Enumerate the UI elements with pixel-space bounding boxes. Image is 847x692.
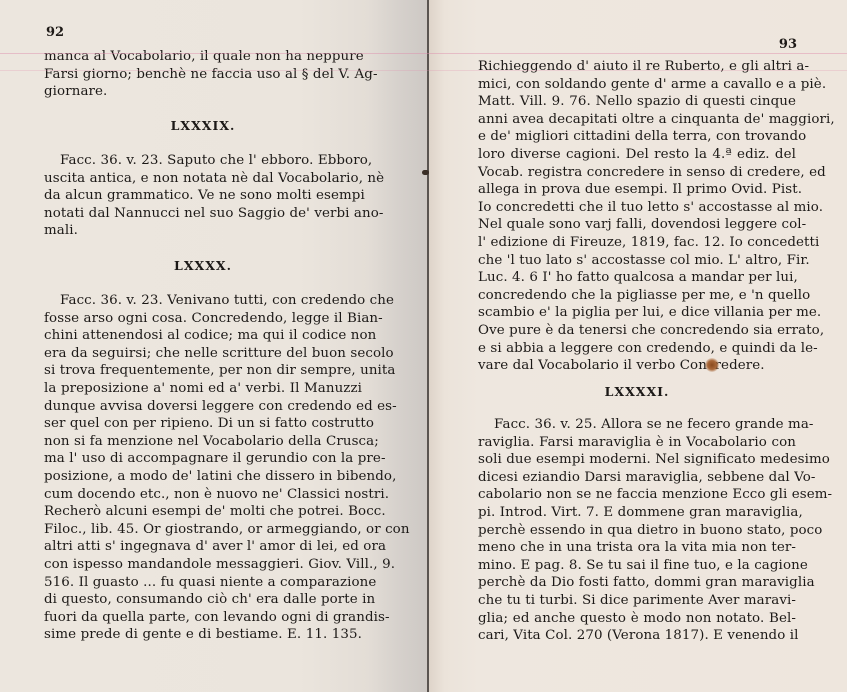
paper-stain: [705, 358, 719, 372]
book-spread: 92 manca al Vocabolario, il quale non ha…: [0, 0, 847, 692]
text-line: Matt. Vill. 9. 76. Nello spazio di quest…: [478, 93, 796, 111]
text-line: concredendo che la pigliasse per me, e '…: [478, 287, 796, 305]
text-line: Luc. 4. 6 I' ho fatto qualcosa a mandar …: [478, 269, 796, 287]
text-line: la preposizione a' nomi ed a' verbi. Il …: [44, 380, 362, 398]
text-line: Nel quale sono varj falli, dovendosi leg…: [478, 216, 796, 234]
text-line: scambio e' la piglia per lui, e dice vil…: [478, 304, 796, 322]
binding-mark: [422, 170, 429, 175]
text-line: Ove pure è da tenersi che concredendo si…: [478, 322, 796, 340]
text-line: l' edizione di Fireuze, 1819, fac. 12. I…: [478, 234, 796, 252]
opening-paragraph: Richieggendo d' aiuto il re Ruberto, e g…: [478, 58, 796, 375]
section-heading: LXXXIX.: [44, 118, 362, 133]
text-line: cari, Vita Col. 270 (Verona 1817). E ven…: [478, 627, 796, 645]
section-heading: LXXXX.: [44, 258, 362, 273]
scan-artifact-line: [0, 53, 847, 54]
text-line: Filoc., lib. 45. Or giostrando, or armeg…: [44, 521, 362, 539]
text-line: soli due esempi moderni. Nel significato…: [478, 451, 796, 469]
text-line: Facc. 36. v. 23. Saputo che l' ebboro. E…: [44, 152, 362, 170]
text-line: dicesi eziandio Darsi maraviglia, sebben…: [478, 469, 796, 487]
text-line: mino. E pag. 8. Se tu sai il fine tuo, e…: [478, 557, 796, 575]
section-paragraph: Facc. 36. v. 25. Allora se ne fecero gra…: [478, 416, 796, 645]
page-number: 93: [779, 37, 797, 52]
text-line: fosse arso ogni cosa. Concredendo, legge…: [44, 310, 362, 328]
page-number: 92: [46, 25, 64, 40]
text-line: raviglia. Farsi maraviglia è in Vocabola…: [478, 434, 796, 452]
text-line: fuori da quella parte, con levando ogni …: [44, 609, 362, 627]
text-line: pi. Introd. Virt. 7. E dommene gran mara…: [478, 504, 796, 522]
section-paragraph: Facc. 36. v. 23. Saputo che l' ebboro. E…: [44, 152, 362, 240]
text-line: con ispesso mandandole messaggieri. Giov…: [44, 556, 362, 574]
text-line: notati dal Nannucci nel suo Saggio de' v…: [44, 205, 362, 223]
text-line: chini attenendosi al codice; ma qui il c…: [44, 327, 362, 345]
text-line: ma l' uso di accompagnare il gerundio co…: [44, 450, 362, 468]
text-line: e de' migliori cittadini della terra, co…: [478, 128, 796, 146]
text-line: e si abbia a leggere con credendo, e qui…: [478, 340, 796, 358]
text-line: uscita antica, e non notata nè dal Vocab…: [44, 170, 362, 188]
scan-artifact-line: [0, 70, 847, 71]
text-line: che 'l tuo lato s' accostasse col mio. L…: [478, 252, 796, 270]
text-line: allega in prova due esempi. Il primo Ovi…: [478, 181, 796, 199]
text-line: si trova frequentemente, per non dir sem…: [44, 362, 362, 380]
text-line: meno che in una trista ora la vita mia n…: [478, 539, 796, 557]
text-line: Recherò alcuni esempi de' molti che potr…: [44, 503, 362, 521]
text-line: Facc. 36. v. 23. Venivano tutti, con cre…: [44, 292, 362, 310]
text-line: Richieggendo d' aiuto il re Ruberto, e g…: [478, 58, 796, 76]
left-page: 92 manca al Vocabolario, il quale non ha…: [0, 0, 428, 692]
text-line: ser quel con per ripieno. Di un si fatto…: [44, 415, 362, 433]
section-heading: LXXXXI.: [478, 384, 796, 399]
text-line: mali.: [44, 222, 362, 240]
text-line: di questo, consumando ciò ch' era dalle …: [44, 591, 362, 609]
text-line: non si fa menzione nel Vocabolario della…: [44, 433, 362, 451]
text-line: mici, con soldando gente d' arme a caval…: [478, 76, 796, 94]
text-line: perchè da Dio fosti fatto, dommi gran ma…: [478, 574, 796, 592]
text-line: posizione, a modo de' latini che dissero…: [44, 468, 362, 486]
text-line: da alcun grammatico. Ve ne sono molti es…: [44, 187, 362, 205]
text-line: giornare.: [44, 83, 362, 101]
text-line: Io concredetti che il tuo letto s' accos…: [478, 199, 796, 217]
text-line: altri atti s' ingegnava d' aver l' amor …: [44, 538, 362, 556]
text-line: anni avea decapitati oltre a cinquanta d…: [478, 111, 796, 129]
text-line: cabolario non se ne faccia menzione Ecco…: [478, 486, 796, 504]
text-line: dunque avvisa doversi leggere con creden…: [44, 398, 362, 416]
text-line: Vocab. registra concredere in senso di c…: [478, 164, 796, 182]
text-line: loro diverse cagioni. Del resto la 4.ª e…: [478, 146, 796, 164]
text-line: era da seguirsi; che nelle scritture del…: [44, 345, 362, 363]
text-line: Farsi giorno; benchè ne faccia uso al § …: [44, 66, 362, 84]
section-paragraph: Facc. 36. v. 23. Venivano tutti, con cre…: [44, 292, 362, 644]
opening-paragraph: manca al Vocabolario, il quale non ha ne…: [44, 48, 362, 101]
text-line: 516. Il guasto ... fu quasi niente a com…: [44, 574, 362, 592]
text-line: manca al Vocabolario, il quale non ha ne…: [44, 48, 362, 66]
text-line: perchè essendo in qua dietro in buono st…: [478, 522, 796, 540]
text-line: glia; ed anche questo è modo non notato.…: [478, 610, 796, 628]
text-line: sime prede di gente e di bestiame. E. 11…: [44, 626, 362, 644]
book-gutter: [427, 0, 429, 692]
text-line: che tu ti turbi. Si dice parimente Aver …: [478, 592, 796, 610]
text-line: Facc. 36. v. 25. Allora se ne fecero gra…: [478, 416, 796, 434]
text-line: cum docendo etc., non è nuovo ne' Classi…: [44, 486, 362, 504]
text-line: vare dal Vocabolario il verbo Concredere…: [478, 357, 796, 375]
right-page: 93 Richieggendo d' aiuto il re Ruberto, …: [428, 0, 847, 692]
